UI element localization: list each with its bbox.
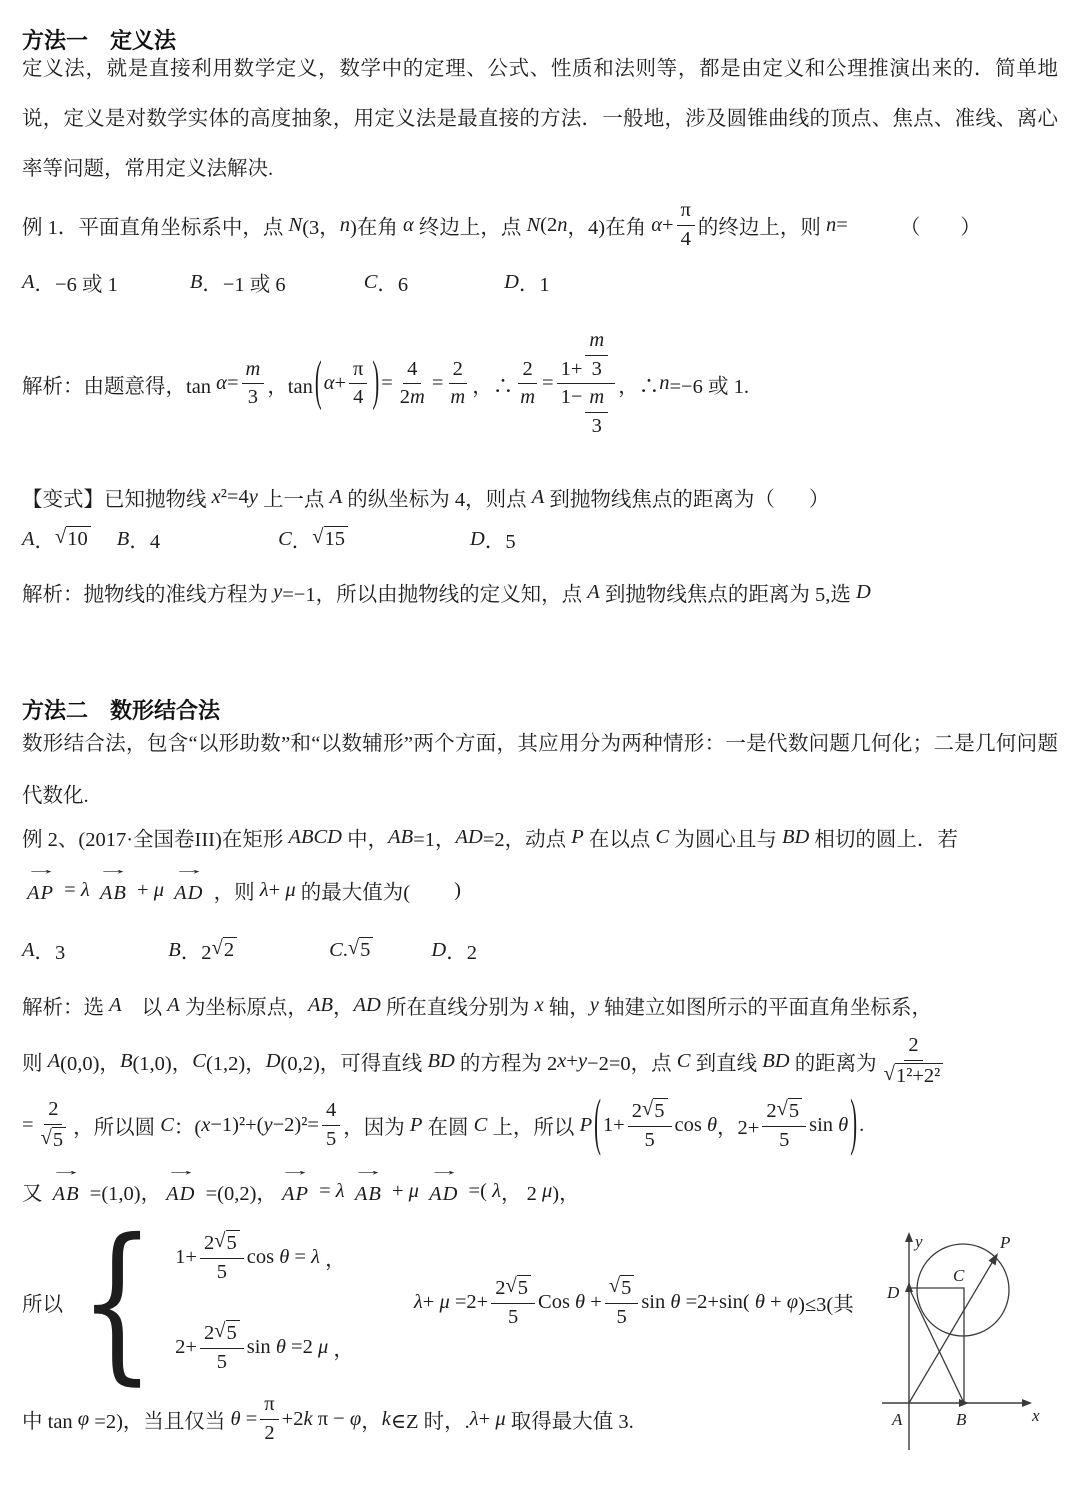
math-denominator: m xyxy=(516,384,539,410)
math-variable: θ xyxy=(231,1408,241,1431)
math-text: 4 xyxy=(353,386,363,410)
math-text: π xyxy=(681,199,691,223)
math-variable: AB xyxy=(308,994,333,1017)
math-variable: λ xyxy=(81,879,90,902)
math-text: 2 xyxy=(495,1277,505,1301)
math-text: 在圆 xyxy=(422,1110,473,1140)
math-variable: x xyxy=(557,1050,566,1073)
math-text: 【变式】已知抛物线 xyxy=(22,482,212,512)
math-text: = xyxy=(241,1408,258,1431)
math-variable: θ xyxy=(670,1291,680,1314)
math-text: =2+sin( xyxy=(680,1291,754,1314)
math-text: = xyxy=(289,1246,311,1269)
radical-sign-icon: √ xyxy=(41,1127,52,1150)
math-vector-name: AB xyxy=(355,1183,382,1205)
radical-sign-icon: √ xyxy=(214,1230,225,1253)
radical-sign-icon: √ xyxy=(642,1098,653,1121)
figure-diagram: y x A B C D P xyxy=(876,1228,1076,1478)
math-text: 1− xyxy=(561,386,583,410)
math-variable: A xyxy=(587,581,600,604)
math-text: =2)，当且仅当 xyxy=(89,1404,230,1434)
math-fraction: π4 xyxy=(349,358,367,410)
math-variable: A xyxy=(532,486,545,509)
choice-d: D．5 xyxy=(470,524,516,554)
math-sqrt: √5 xyxy=(41,1127,67,1153)
math-text: = xyxy=(381,372,393,395)
math-paren: ( xyxy=(594,1089,601,1160)
math-variable: BD xyxy=(782,826,809,849)
math-text: ，所以圆 xyxy=(73,1110,160,1140)
math-radicand: 5 xyxy=(226,1230,240,1256)
math-vector-name: AP xyxy=(282,1183,309,1205)
math-variable: n xyxy=(826,214,836,237)
label-x-axis: x xyxy=(1031,1406,1040,1425)
math-denominator: 5 xyxy=(213,1349,231,1375)
math-fraction: 1+m31−m3 xyxy=(557,329,616,438)
math-text: ．4 xyxy=(129,524,160,554)
math-vector: →AP xyxy=(282,1176,309,1206)
math-fraction: m3 xyxy=(585,386,608,438)
math-denominator: 5 xyxy=(612,1304,630,1330)
math-variable: α xyxy=(216,372,227,395)
math-text: + xyxy=(585,1291,602,1314)
label-point-p: P xyxy=(999,1233,1010,1252)
math-sqrt: √2 xyxy=(212,937,238,963)
math-fraction: 2√55 xyxy=(628,1098,672,1152)
math-radicand: 2 xyxy=(223,937,237,963)
y-axis-arrow-icon xyxy=(905,1232,913,1242)
radical-sign-icon: √ xyxy=(777,1098,788,1121)
math-variable: θ xyxy=(276,1336,286,1359)
math-vector: →AD xyxy=(429,1176,458,1206)
math-text: ，因为 xyxy=(343,1110,410,1140)
radical-sign-icon: √ xyxy=(348,937,359,960)
math-text: ．3 xyxy=(35,935,66,965)
math-text: ：( xyxy=(174,1110,201,1140)
math-text: π − xyxy=(313,1408,350,1431)
math-radicand: 5 xyxy=(359,937,373,963)
example2-stem-line1: 例 2、(2017·全国卷III)在矩形 ABCD 中，AB=1，AD=2，动点… xyxy=(22,822,1058,852)
vector-arrow-icon: → xyxy=(352,1164,386,1180)
math-text: sin xyxy=(247,1336,276,1359)
math-text: + xyxy=(387,1180,409,1203)
math-text xyxy=(90,879,95,902)
math-variable: y xyxy=(273,581,282,604)
math-variable: C xyxy=(474,1114,488,1137)
math-variable: A xyxy=(22,528,35,551)
math-text: 5 xyxy=(644,1129,654,1153)
math-text: 相切的圆上．若 xyxy=(809,822,958,852)
math-text: 5 xyxy=(326,1128,336,1152)
radical-sign-icon: √ xyxy=(609,1275,620,1298)
math-numerator: 2 xyxy=(449,358,467,385)
math-denominator: 5 xyxy=(775,1127,793,1153)
math-variable: φ xyxy=(350,1408,361,1431)
math-variable: μ xyxy=(154,879,164,902)
math-text: ，∴ xyxy=(472,369,513,399)
math-numerator: √5 xyxy=(605,1275,639,1304)
math-radicand: 1²+2² xyxy=(895,1063,943,1089)
math-text: =2，动点 xyxy=(483,822,571,852)
math-text: 2 xyxy=(204,1232,214,1256)
vector-arrow-icon: → xyxy=(172,863,206,879)
system-row: 1+2√55cos θ = λ ， xyxy=(175,1230,354,1284)
math-text: 5 xyxy=(217,1261,227,1285)
example2-solution-line2: 则 A(0,0)，B(1,0)，C(1,2)，D(0,2)，可得直线 BD 的方… xyxy=(22,1034,1058,1088)
math-text: (0,2)，可得直线 xyxy=(281,1046,428,1076)
math-variable: C xyxy=(278,528,292,551)
math-variable: C xyxy=(329,939,343,962)
math-text: 的距离为 xyxy=(790,1046,877,1076)
vector-arrow-icon: → xyxy=(49,1164,83,1180)
math-text: 5 xyxy=(53,1129,63,1151)
math-denominator: 3 xyxy=(588,356,606,382)
math-text: 3 xyxy=(592,415,602,439)
math-text: ) xyxy=(454,879,461,902)
math-denominator: 2m xyxy=(396,384,429,410)
math-variable: α xyxy=(403,214,414,237)
math-radicand: 15 xyxy=(324,526,349,552)
math-variable: λ xyxy=(492,1180,501,1203)
math-text: = xyxy=(432,372,444,395)
math-fraction: 2√55 xyxy=(491,1275,535,1329)
math-variable: D xyxy=(266,1050,281,1073)
math-variable: C xyxy=(364,271,378,294)
math-text: 上一点 xyxy=(258,482,330,512)
math-radicand: 5 xyxy=(517,1275,531,1301)
math-text: 5 xyxy=(360,939,370,961)
math-variable: AD xyxy=(353,994,380,1017)
radical-sign-icon: √ xyxy=(55,526,66,549)
math-radicand: 10 xyxy=(66,526,91,552)
math-variable: A xyxy=(48,1050,61,1073)
math-vector: →AB xyxy=(355,1176,382,1206)
math-text: 取得最大值 3. xyxy=(506,1404,634,1434)
math-text: ∈Z 时，. xyxy=(391,1404,470,1434)
math-numerator: π xyxy=(349,358,367,385)
math-text: 1²+2² xyxy=(896,1065,940,1087)
x-axis-arrow-icon xyxy=(1022,1399,1032,1407)
radical-sign-icon: √ xyxy=(312,526,323,549)
math-fraction: √55 xyxy=(605,1275,639,1329)
math-text: ，2+ xyxy=(717,1110,759,1140)
math-text: ．1 xyxy=(519,267,550,297)
math-text: sin xyxy=(809,1114,838,1137)
vector-arrow-icon: → xyxy=(97,863,131,879)
math-denominator: 3 xyxy=(588,413,606,439)
math-fraction: m3 xyxy=(242,358,265,410)
vector-arrow-icon: → xyxy=(279,1164,313,1180)
math-variable: m xyxy=(589,386,604,410)
math-paren: ) xyxy=(850,1089,857,1160)
math-text: )在角 xyxy=(350,210,403,240)
math-text: + xyxy=(132,879,154,902)
math-numerator: 1+m3 xyxy=(557,329,616,384)
math-fraction: 2m xyxy=(516,358,539,410)
math-text: = xyxy=(542,372,554,395)
example1-solution: 解析：由题意得，tan α=m3，tan(α+π4)=42m=2m，∴2m=1+… xyxy=(22,329,1058,438)
math-text: (0,0)， xyxy=(60,1046,120,1076)
math-variable: μ xyxy=(439,1291,449,1314)
choice-b: B．4 xyxy=(117,524,160,554)
math-variable: λ xyxy=(470,1408,479,1431)
math-text: ． xyxy=(35,524,56,554)
math-text: 5 xyxy=(616,1306,626,1330)
math-sqrt: √5 xyxy=(214,1230,240,1256)
math-fraction: 2√5 xyxy=(37,1098,71,1152)
math-vector: →AD xyxy=(166,1176,195,1206)
math-text: ， xyxy=(328,1332,354,1362)
math-variable: θ xyxy=(575,1291,585,1314)
label-point-c: C xyxy=(953,1266,965,1285)
math-numerator: π xyxy=(677,199,695,226)
math-text: 4 xyxy=(326,1099,336,1123)
math-text: ．−6 或 1 xyxy=(35,267,118,297)
math-text: 2 xyxy=(522,358,532,382)
math-variable: m xyxy=(520,386,535,410)
math-denominator: 4 xyxy=(677,226,695,252)
equation-system-line: 所以{1+2√55cos θ = λ ，2+2√55sin θ =2 μ ，λ+… xyxy=(22,1230,872,1374)
example2-solution-line3: =2√5，所以圆 C：(x−1)²+(y−2)²=45，因为 P 在圆 C 上，… xyxy=(22,1098,1058,1152)
math-variable: y xyxy=(264,1114,273,1137)
math-variable: B xyxy=(190,271,203,294)
math-numerator: 4 xyxy=(403,358,421,385)
math-variable: B xyxy=(117,528,130,551)
math-variable: C xyxy=(677,1050,691,1073)
math-denominator: 5 xyxy=(504,1304,522,1330)
math-text: 4 xyxy=(407,358,417,382)
math-fraction: 2√55 xyxy=(200,1320,244,1374)
math-vector-name: AB xyxy=(100,882,127,904)
math-text: 例 1．平面直角坐标系中，点 xyxy=(22,210,289,240)
radical-sign-icon: √ xyxy=(884,1063,895,1086)
math-variable: P xyxy=(580,1114,593,1137)
math-text: ） xyxy=(809,482,830,512)
math-text: 则 xyxy=(22,1046,48,1076)
math-text: ．5 xyxy=(485,524,516,554)
math-text: 到抛物线焦点的距离为 5,选 xyxy=(600,577,856,607)
math-variable: C xyxy=(160,1114,174,1137)
math-text: =(0,2)， xyxy=(200,1176,276,1206)
math-variable: α xyxy=(651,214,662,237)
example2-vector-line: →AP = λ →AB + μ →AD ，则 λ+ μ 的最大值为() xyxy=(22,875,1058,905)
label-point-a: A xyxy=(891,1410,903,1429)
math-text: 2 xyxy=(400,386,410,410)
label-point-d: D xyxy=(886,1283,900,1302)
example2-choices: A．3 B．2√2 C.√5 D．2 xyxy=(22,935,1058,965)
math-text: 2 xyxy=(766,1100,776,1124)
math-vector-name: AB xyxy=(53,1183,80,1205)
math-radicand: 5 xyxy=(226,1320,240,1346)
math-numerator: 2 xyxy=(518,358,536,385)
math-text: 5 xyxy=(654,1100,664,1122)
variation-choices: A．√10 B．4 C．√15 D．5 xyxy=(22,524,1058,554)
math-text: =−1，所以由抛物线的定义知，点 xyxy=(282,577,587,607)
math-sqrt: √1²+2² xyxy=(884,1063,944,1089)
math-fraction: 2√55 xyxy=(200,1230,244,1284)
math-radicand: 5 xyxy=(52,1127,66,1153)
math-variable: D xyxy=(470,528,485,551)
math-variable: A xyxy=(22,939,35,962)
math-text: ．2 xyxy=(181,935,212,965)
math-numerator: 2√5 xyxy=(491,1275,535,1304)
math-variable: k xyxy=(303,1408,312,1431)
math-radicand: 5 xyxy=(653,1098,667,1124)
math-numerator: 2 xyxy=(44,1098,62,1125)
math-variable: n xyxy=(557,214,567,237)
math-fraction: π4 xyxy=(677,199,695,251)
math-text: =2 xyxy=(286,1336,318,1359)
math-variable: θ xyxy=(755,1291,765,1314)
coordinate-figure: y x A B C D P xyxy=(876,1228,1076,1478)
math-radicand: 5 xyxy=(788,1098,802,1124)
vector-arrow-icon: → xyxy=(164,1164,198,1180)
math-variable: N xyxy=(526,214,540,237)
math-vector-name: AP xyxy=(27,882,54,904)
system-rows: 1+2√55cos θ = λ ，2+2√55sin θ =2 μ ， xyxy=(175,1230,354,1374)
math-sqrt: √10 xyxy=(55,526,91,552)
math-text: 10 xyxy=(67,528,88,550)
math-text: 1+ xyxy=(561,358,583,382)
math-text: 解析：抛物线的准线方程为 xyxy=(22,577,273,607)
math-text: 到直线 xyxy=(690,1046,762,1076)
label-y-axis: y xyxy=(913,1232,923,1251)
math-text: (1,2)， xyxy=(206,1046,266,1076)
math-text: 的方程为 2 xyxy=(455,1046,558,1076)
math-text: 2 xyxy=(453,358,463,382)
math-text: 5 xyxy=(227,1232,237,1254)
math-text: = xyxy=(836,214,848,237)
document-page: 方法一 定义法 定义法，就是直接利用数学定义，数学中的定理、公式、性质和法则等，… xyxy=(0,0,1080,1503)
example1-stem: 例 1．平面直角坐标系中，点 N(3，n)在角 α 终边上，点 N(2n，4)在… xyxy=(22,199,1058,251)
math-denominator: 1−m3 xyxy=(557,384,616,438)
math-text: 中 tan xyxy=(22,1404,78,1434)
math-text: =(1,0)， xyxy=(85,1176,161,1206)
math-text: + xyxy=(479,1408,496,1431)
math-variable: P xyxy=(410,1114,423,1137)
math-text: =1， xyxy=(413,822,455,852)
math-variable: N xyxy=(289,214,303,237)
math-text: −1)²+( xyxy=(210,1114,263,1137)
math-variable: n xyxy=(340,214,350,237)
math-text: −2=0，点 xyxy=(587,1046,677,1076)
math-variable: C xyxy=(656,826,670,849)
math-variable: x xyxy=(212,486,221,509)
math-variable: m xyxy=(246,358,261,382)
radical-sign-icon: √ xyxy=(506,1275,517,1298)
math-numerator: m xyxy=(585,386,608,413)
math-text: (2 xyxy=(540,214,557,237)
math-text: 为坐标原点， xyxy=(180,990,308,1020)
example2-solution-line4: 又 →AB =(1,0)，→AD =(0,2)，→AP = λ →AB + μ … xyxy=(22,1176,1058,1206)
math-text: 在以点 xyxy=(584,822,656,852)
math-text: 2 xyxy=(264,1422,274,1446)
math-variable: λ xyxy=(260,879,269,902)
math-text: 5 xyxy=(217,1351,227,1375)
math-fraction: π2 xyxy=(260,1393,278,1445)
math-text: 5 xyxy=(621,1277,631,1299)
math-text: 中， xyxy=(342,822,388,852)
label-point-b: B xyxy=(956,1410,967,1429)
math-text: π xyxy=(353,358,363,382)
math-text: 到抛物线焦点的距离为（ xyxy=(544,482,775,512)
math-sqrt: √5 xyxy=(609,1275,635,1301)
radical-sign-icon: √ xyxy=(212,937,223,960)
math-text: 5 xyxy=(789,1100,799,1122)
math-variable: P xyxy=(571,826,584,849)
math-text: )≤3(其 xyxy=(798,1287,854,1317)
math-denominator: √1²+2² xyxy=(880,1061,948,1089)
math-numerator: 2√5 xyxy=(200,1320,244,1349)
math-numerator: 4 xyxy=(322,1099,340,1126)
math-text: 轴建立如图所示的平面直角坐标系， xyxy=(599,990,932,1020)
math-text: + xyxy=(334,372,346,395)
math-text: 轴， xyxy=(544,990,590,1020)
math-text: 2 xyxy=(908,1034,918,1058)
math-text: 的终边上，则 xyxy=(698,210,826,240)
vector-ad-arrow-icon xyxy=(905,1282,913,1292)
math-numerator: m xyxy=(585,329,608,356)
math-variable: φ xyxy=(787,1291,798,1314)
math-variable: m xyxy=(450,386,465,410)
math-variable: μ xyxy=(495,1408,505,1431)
math-text: 2+ xyxy=(175,1336,197,1359)
math-variable: BD xyxy=(427,1050,454,1073)
math-text: Cos xyxy=(538,1291,575,1314)
math-text: 解析：选 xyxy=(22,990,109,1020)
math-fraction: 2√1²+2² xyxy=(880,1034,948,1088)
math-text: ． xyxy=(292,524,313,554)
math-text: ．−1 或 6 xyxy=(202,267,285,297)
math-variable: A xyxy=(330,486,343,509)
math-numerator: π xyxy=(260,1393,278,1420)
math-numerator: 2√5 xyxy=(628,1098,672,1127)
math-variable: y xyxy=(578,1050,587,1073)
math-text: 5 xyxy=(508,1306,518,1330)
math-denominator: √5 xyxy=(37,1125,71,1153)
math-text: 5 xyxy=(518,1277,528,1299)
math-text: 2 xyxy=(48,1098,58,1122)
math-fraction: 45 xyxy=(322,1099,340,1151)
math-text: 5 xyxy=(779,1129,789,1153)
math-variable: n xyxy=(659,372,669,395)
math-text: 终边上，点 xyxy=(414,210,527,240)
line-db xyxy=(909,1288,964,1403)
math-variable: λ xyxy=(414,1291,423,1314)
math-variable: A xyxy=(167,994,180,1017)
math-text: 的纵坐标为 4，则点 xyxy=(342,482,532,512)
math-text: ， xyxy=(320,1242,346,1272)
choice-b: B．−1 或 6 xyxy=(190,267,286,297)
math-denominator: 2 xyxy=(260,1420,278,1446)
choice-a: A．−6 或 1 xyxy=(22,267,118,297)
math-sqrt: √5 xyxy=(777,1098,803,1124)
math-text: 4 xyxy=(681,228,691,252)
math-variable: D xyxy=(856,581,871,604)
math-text: 的最大值为( xyxy=(296,875,410,905)
math-text: sin xyxy=(641,1291,670,1314)
math-text: + xyxy=(765,1291,787,1314)
choice-b: B．2√2 xyxy=(168,935,237,965)
math-variable: λ xyxy=(311,1246,320,1269)
math-denominator: 3 xyxy=(244,384,262,410)
math-text: cos xyxy=(247,1246,279,1269)
math-fraction: 2m xyxy=(446,358,469,410)
math-variable: λ xyxy=(336,1180,345,1203)
math-fraction: m3 xyxy=(585,329,608,381)
math-text xyxy=(345,1180,350,1203)
math-variable: μ xyxy=(409,1180,419,1203)
